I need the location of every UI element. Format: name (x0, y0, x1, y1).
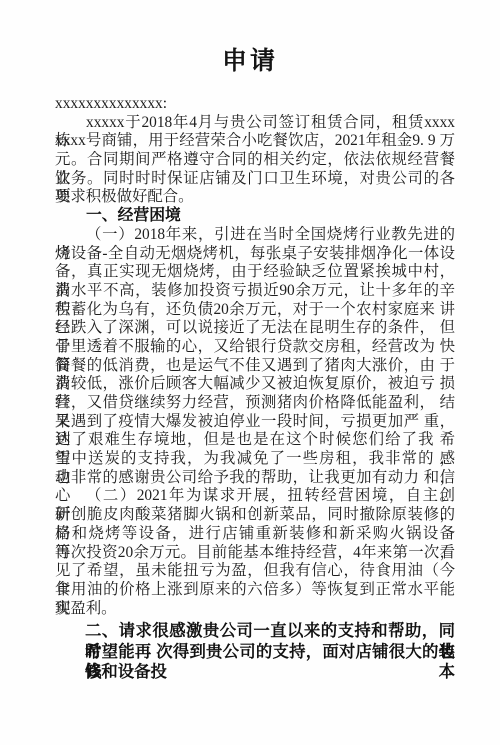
text-line: 希望能再 次得到贵公司的支持，面对店铺很大的装修本 (85, 642, 455, 662)
document-title: 申请 (0, 41, 500, 77)
text-line: 营，又借贷继续努力经营，预测猪肉价格降低能盈利， 结果 (55, 394, 455, 413)
text-line: 局和烧烤等设备，进行店铺重新装修和新采购火锅设备等， (55, 525, 455, 544)
text-line: 二、请求很感激贵公司一直以来的支持和帮助，同时也 (85, 621, 455, 641)
text-line: 达了艰难生存境地，但是也是在这个时候您们给了我 希望， (55, 431, 455, 450)
text-line: 要求积极做好配合。 (55, 188, 455, 207)
text-line: 经跌入了深渊，可以说接近了无法在昆明生存的条件， 但骨 (55, 319, 455, 338)
text-line: 元。合同期间严格遵守合同的相关约定，依法依规经营餐 饮 (55, 151, 455, 170)
text-line: 也非常的感谢贵公司给予我的帮助，让我更加有动力 和信心。 (55, 469, 455, 488)
text-line: 现盈利。 (55, 600, 455, 619)
document-page: 申请 xxxxxxxxxxxxxx:xxxxx于2018年4月与贵公司签订租赁合… (0, 0, 500, 745)
text-line: 一、经营困境 (55, 207, 455, 226)
text-line: 见了希望，虽未能扭亏为盈，但我有信心，待食用油（今年 (55, 562, 455, 581)
text-line: xxxx号商铺，用于经营荣合小吃餐饮店，2021年租金9. 9 万 (55, 132, 455, 151)
text-line: 简餐的低消费，也是运气不佳又遇到了猪肉大涨价，由 于消 (55, 357, 455, 376)
text-line: 研创脆皮肉酸菜猪脚火锅和创新菜品，同时撤除原装修的格 (55, 506, 455, 525)
text-line: 烤设备-全自动无烟烧烤机，每张桌子安装排烟净化一体设 (55, 245, 455, 264)
document-body: xxxxxxxxxxxxxx:xxxxx于2018年4月与贵公司签订租赁合同，租… (55, 95, 455, 682)
text-line: （二）2021年为谋求开展，扭转经营困境，自主创新， (55, 487, 455, 506)
text-line: 又遇到了疫情大爆发被迫停业一段时间，亏损更加严 重，到 (55, 413, 455, 432)
text-line: 积蓄化为乌有，还负债20余万元，对于一个农村家庭来 讲已 (55, 301, 455, 320)
text-line: 备，真正实现无烟烧烤，由于经验缺乏位置紧挨城中村，消 (55, 263, 455, 282)
text-line: 子里透着不服输的心，又给银行贷款交房租，经营改为 快餐 (55, 338, 455, 357)
text-line: xxxxx于2018年4月与贵公司签订租赁合同，租赁xxxx 栋 (55, 114, 455, 133)
text-line: 再次投资20余万元。目前能基本维持经营，4年来第一次看 (55, 544, 455, 563)
text-line: 费水平不高，装修加投资亏损近90余万元，让十多年的辛 苦 (55, 282, 455, 301)
text-line: 费较低，涨价后顾客大幅减少又被迫恢复原价，被迫亏 损经 (55, 375, 455, 394)
text-line: 业务。同时时时保证店铺及门口卫生环境，对贵公司的各 项 (55, 170, 455, 189)
text-line: 雪中送炭的支持我，为我减免了一些房租，我非常的 感动， (55, 450, 455, 469)
text-line: （一）2018年来，引进在当时全国烧烤行业教先进的烧 (55, 226, 455, 245)
text-line: 食用油的价格上涨到原来的六倍多）等恢复到正常水平能实 (55, 581, 455, 600)
text-line: xxxxxxxxxxxxxx: (55, 95, 455, 114)
